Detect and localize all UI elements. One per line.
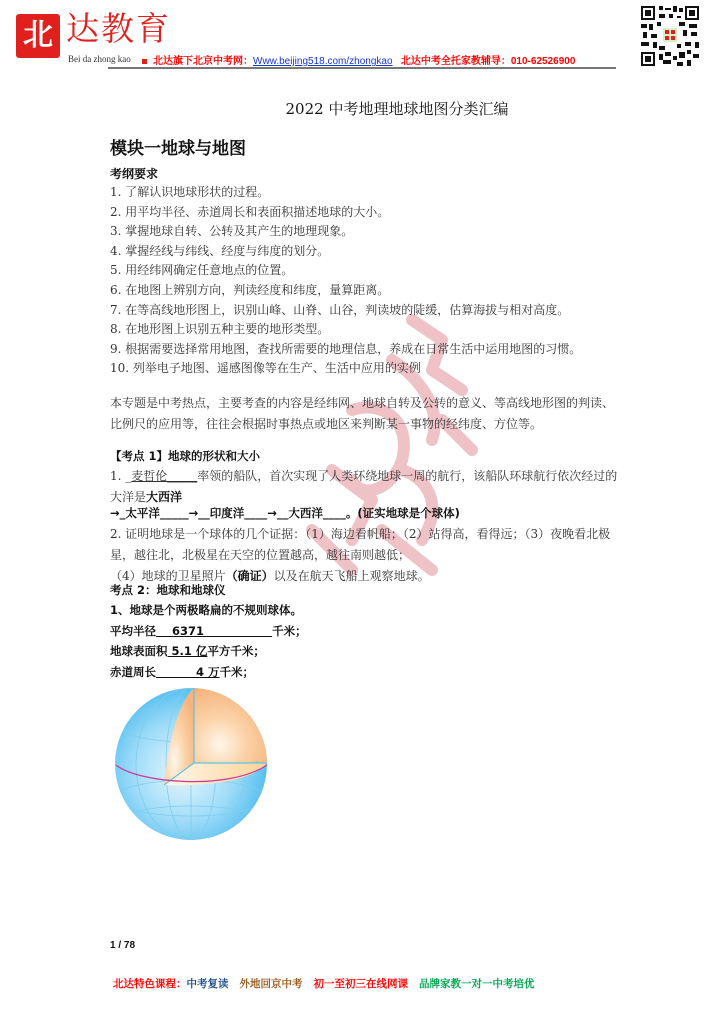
document-title: 2022 中考地理地球地图分类汇编 xyxy=(0,98,724,119)
kp1-heading: 【考点 1】地球的形状和大小 xyxy=(110,448,260,464)
syllabus-list: 1. 了解认识地球形状的过程。 2. 用平均半径、赤道周长和表面积描述地球的大小… xyxy=(110,183,630,379)
q2-line2-bold: （确证） xyxy=(226,569,274,583)
list-item: 6. 在地图上辨别方向，判读经度和纬度，量算距离。 xyxy=(110,281,630,301)
footer-course-tutoring[interactable]: 品牌家教一对一中考培优 xyxy=(419,978,535,990)
circumference-number: 4 万 xyxy=(196,665,220,679)
bullet-square-icon xyxy=(142,59,147,64)
question-1: 1. _麦哲伦_____率领的船队，首次实现了人类环绕地球一周的航行，该船队环球… xyxy=(110,466,620,508)
q1-answer: 麦哲伦_____ xyxy=(131,469,197,483)
list-item: 4. 掌握经线与纬线、经度与纬度的划分。 xyxy=(110,242,630,262)
footer-course-online[interactable]: 初一至初三在线网课 xyxy=(314,978,409,990)
header-divider xyxy=(108,67,616,69)
q1-prefix: 1. _ xyxy=(110,469,131,483)
page-indicator: 1 / 78 xyxy=(110,940,135,951)
list-item: 9. 根据需要选择常用地图，查找所需要的地理信息，养成在日常生活中运用地图的习惯… xyxy=(110,340,630,360)
area-line: 地球表面积 5.1 亿平方千米； xyxy=(110,641,307,662)
site-link[interactable]: Www.beijing518.com/zhongkao xyxy=(253,56,393,67)
radius-number: 6371 xyxy=(172,624,204,638)
area-label: 地球表面积 xyxy=(110,644,168,658)
footer-courses: 北达特色课程：中考复读外地回京中考初一至初三在线网课品牌家教一对一中考培优 xyxy=(113,976,546,991)
globe-cutaway-diagram xyxy=(108,683,274,849)
intro-paragraph: 本专题是中考热点，主要考查的内容是经纬网、地球自转及公转的意义、等高线地形图的判… xyxy=(110,393,620,435)
area-value: 5.1 亿 xyxy=(168,644,208,658)
syllabus-heading: 考纲要求 xyxy=(110,165,158,182)
list-item: 3. 掌握地球自转、公转及其产生的地理现象。 xyxy=(110,222,630,242)
footer-label: 北达特色课程： xyxy=(113,978,187,990)
circumference-label: 赤道周长 xyxy=(110,665,156,679)
q2-line2-a: （4）地球的卫星照片 xyxy=(110,569,226,583)
ocean-route: →_太平洋_____→__印度洋____→__大西洋____。(证实地球是个球体… xyxy=(110,505,460,521)
list-item: 5. 用经纬网确定任意地点的位置。 xyxy=(110,261,630,281)
q1-ocean: 大西洋 xyxy=(146,490,182,504)
area-number: 5.1 亿 xyxy=(172,644,208,658)
circumference-value: 4 万 xyxy=(156,665,220,679)
logo-mark: 北 xyxy=(16,14,60,58)
list-item: 7. 在等高线地形图上，识别山峰、山脊、山谷，判读坡的陡缓，估算海拔与相对高度。 xyxy=(110,301,630,321)
qr-code-icon xyxy=(639,4,701,68)
header-info-bar: 北达旗下北京中考网：Www.beijing518.com/zhongkao 北达… xyxy=(142,52,575,67)
list-item: 10. 列举电子地图、遥感图像等在生产、生活中应用的实例 xyxy=(110,359,630,379)
footer-course-return[interactable]: 外地回京中考 xyxy=(240,978,303,990)
logo-pinyin: Bei da zhong kao xyxy=(68,54,131,64)
q2-line1: 2. 证明地球是一个球体的几个证据：（1）海边看帆船；（2）站得高，看得远；（3… xyxy=(110,524,620,566)
earth-facts: 1、地球是个两极略扁的不规则球体。 平均半径 6371 千米； 地球表面积 5.… xyxy=(110,600,307,682)
circumference-unit: 千米； xyxy=(220,665,255,679)
earth-shape-statement: 1、地球是个两极略扁的不规则球体。 xyxy=(110,600,307,621)
tutor-phone: 010-62526900 xyxy=(511,56,576,67)
radius-label: 平均半径 xyxy=(110,624,156,638)
radius-value: 6371 xyxy=(156,624,272,638)
logo-mark-text: 北 xyxy=(23,21,53,51)
question-2: 2. 证明地球是一个球体的几个证据：（1）海边看帆船；（2）站得高，看得远；（3… xyxy=(110,524,620,587)
circumference-line: 赤道周长 4 万千米； xyxy=(110,662,307,683)
logo-name: 达教育 xyxy=(66,12,171,45)
radius-line: 平均半径 6371 千米； xyxy=(110,621,307,642)
tutor-label: 北达中考全托家教辅导： xyxy=(401,56,511,67)
list-item: 8. 在地形图上识别五种主要的地形类型。 xyxy=(110,320,630,340)
radius-unit: 千米； xyxy=(272,624,307,638)
list-item: 1. 了解认识地球形状的过程。 xyxy=(110,183,630,203)
q2-line2-b: 以及在航天飞船上观察地球。 xyxy=(274,569,430,583)
footer-course-repeat[interactable]: 中考复读 xyxy=(187,978,229,990)
area-unit: 平方千米； xyxy=(207,644,265,658)
site-label: 北达旗下北京中考网： xyxy=(153,56,253,67)
list-item: 2. 用平均半径、赤道周长和表面积描述地球的大小。 xyxy=(110,203,630,223)
kp2-heading: 考点 2：地球和地球仪 xyxy=(110,582,226,598)
module-title: 模块一地球与地图 xyxy=(110,134,246,159)
